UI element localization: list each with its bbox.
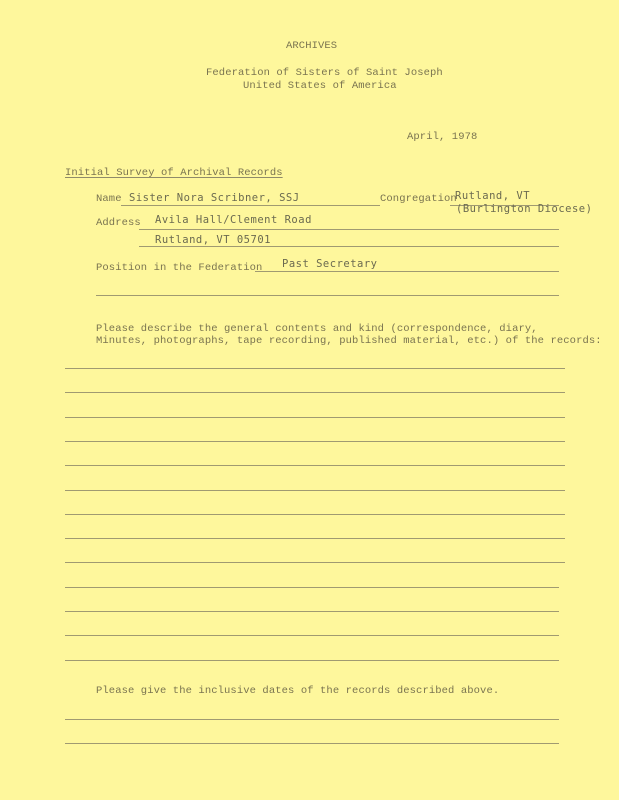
position-extra-line[interactable] (96, 295, 559, 296)
description-line[interactable] (65, 635, 559, 636)
description-line[interactable] (65, 562, 565, 563)
address-field-line1 (139, 229, 559, 230)
description-prompt-line1: Please describe the general contents and… (96, 323, 538, 335)
address-field-line2 (139, 246, 559, 247)
organization-name: Federation of Sisters of Saint Joseph (206, 67, 443, 79)
description-prompt-line2: Minutes, photographs, tape recording, pu… (96, 335, 602, 347)
dates-line[interactable] (65, 719, 559, 720)
form-date: April, 1978 (407, 131, 477, 143)
description-line[interactable] (65, 514, 565, 515)
position-field-line (255, 271, 559, 272)
congregation-label: Congregation (380, 193, 457, 205)
name-field-line (121, 205, 368, 206)
description-line[interactable] (65, 490, 565, 491)
dates-line[interactable] (65, 743, 559, 744)
description-line[interactable] (65, 417, 565, 418)
description-line[interactable] (65, 538, 565, 539)
address-field[interactable]: Avila Hall/Clement Road (155, 214, 312, 226)
address-field-2[interactable]: Rutland, VT 05701 (155, 234, 271, 246)
description-line[interactable] (65, 441, 565, 442)
organization-country: United States of America (243, 80, 397, 92)
address-label: Address (96, 217, 141, 229)
description-line[interactable] (65, 587, 559, 588)
description-line[interactable] (65, 465, 565, 466)
description-line[interactable] (65, 392, 565, 393)
description-line[interactable] (65, 368, 565, 369)
position-field[interactable]: Past Secretary (282, 258, 378, 270)
survey-form-page: ARCHIVES Federation of Sisters of Saint … (0, 0, 619, 800)
congregation-lead-line (368, 205, 380, 206)
position-label: Position in the Federation (96, 262, 262, 274)
congregation-field-line2[interactable]: (Burlington Diocese) (456, 203, 592, 215)
archives-heading: ARCHIVES (286, 40, 337, 52)
congregation-field[interactable]: Rutland, VT (455, 190, 530, 202)
name-label: Name (96, 193, 122, 205)
dates-prompt: Please give the inclusive dates of the r… (96, 685, 499, 697)
name-field[interactable]: Sister Nora Scribner, SSJ (129, 192, 300, 204)
description-line[interactable] (65, 660, 559, 661)
description-line[interactable] (65, 611, 559, 612)
form-title: Initial Survey of Archival Records (65, 167, 283, 179)
